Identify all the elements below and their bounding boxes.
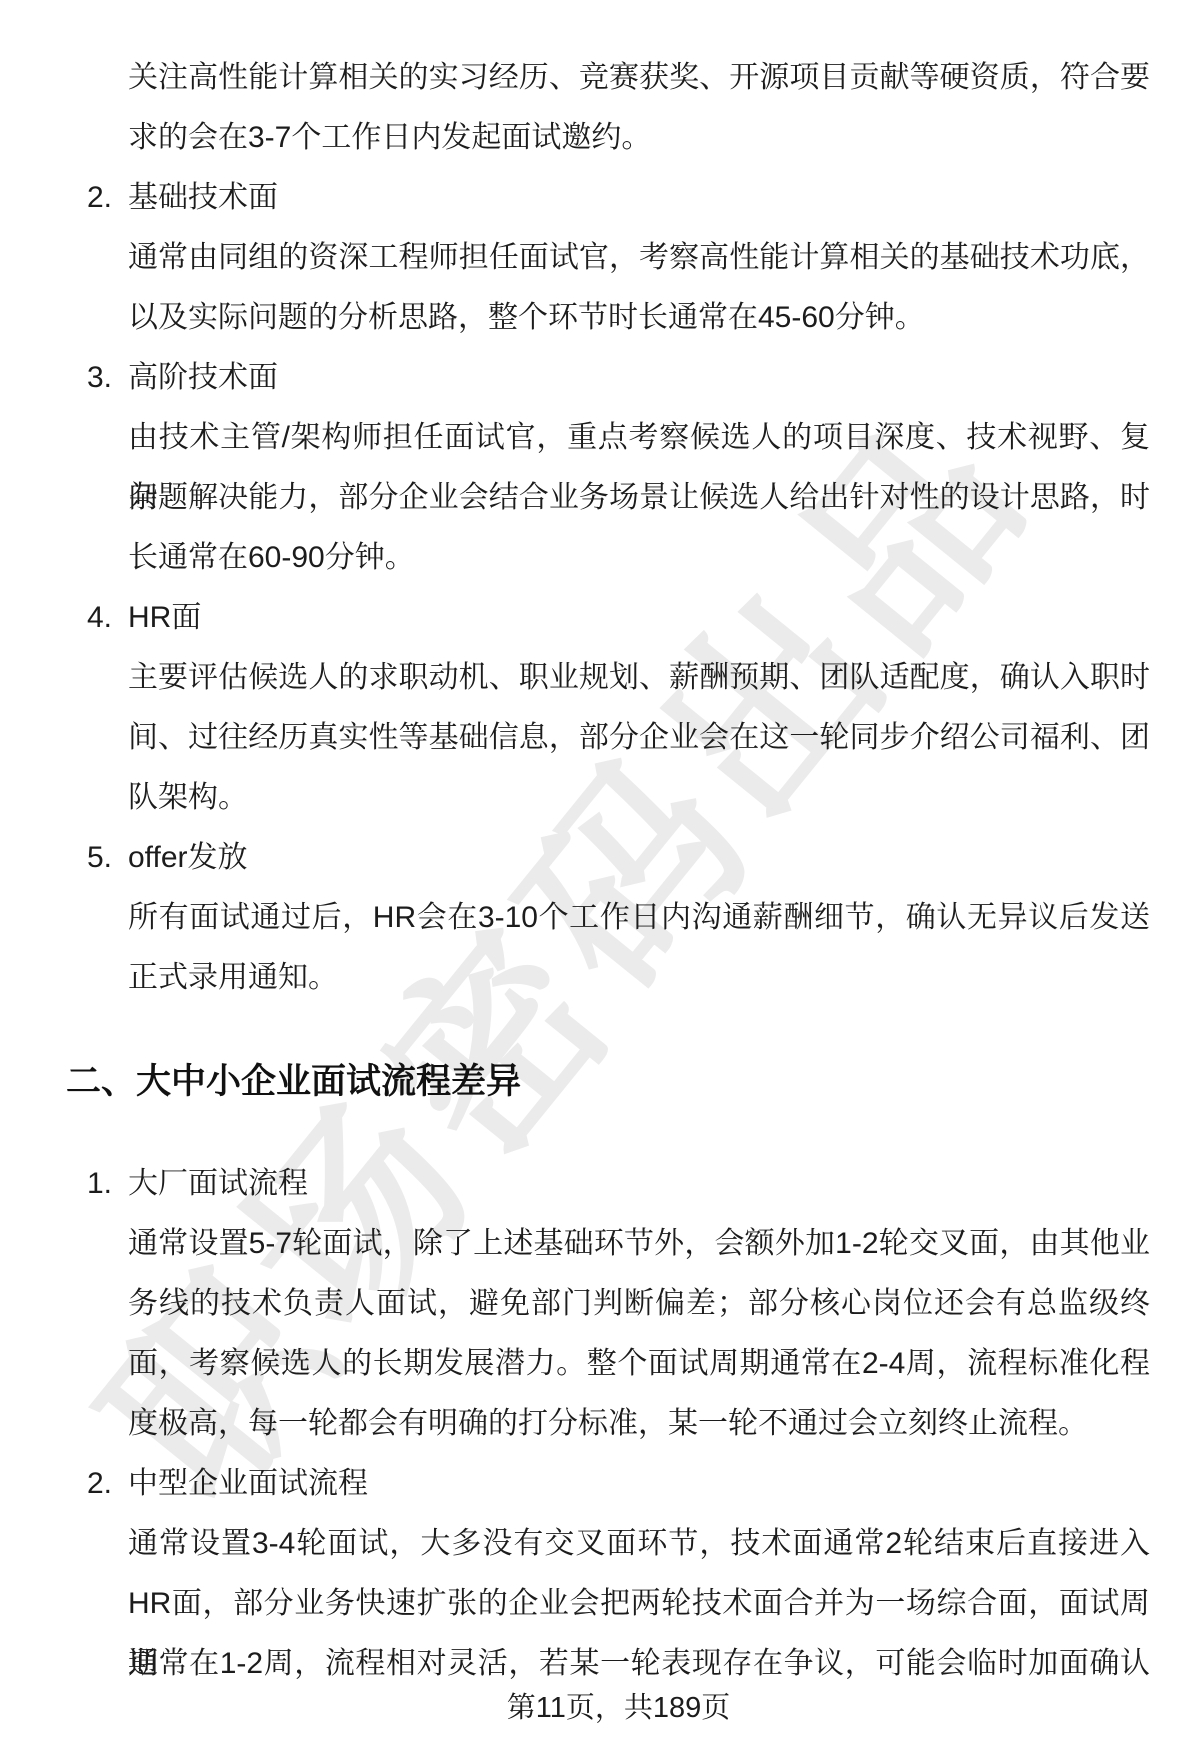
paragraph: 通常设置3-4轮面试，大多没有交叉面环节，技术面通常2轮结束后直接进入HR面，部… bbox=[87, 1514, 1150, 1694]
list-item-number: 1. bbox=[87, 1154, 128, 1214]
list-item: 3.高阶技术面 bbox=[87, 348, 1150, 408]
paragraph-line: 问题解决能力，部分企业会结合业务场景让候选人给出针对性的设计思路，时 bbox=[87, 468, 1150, 528]
paragraph-line: 正式录用通知。 bbox=[87, 948, 1150, 1008]
paragraph-line: 主要评估候选人的求职动机、职业规划、薪酬预期、团队适配度，确认入职时 bbox=[87, 648, 1150, 708]
list-item-label: 大厂面试流程 bbox=[128, 1154, 308, 1214]
page-content: 关注高性能计算相关的实习经历、竞赛获奖、开源项目贡献等硬资质，符合要求的会在3-… bbox=[87, 48, 1150, 1694]
paragraph-line: 务线的技术负责人面试，避免部门判断偏差；部分核心岗位还会有总监级终 bbox=[87, 1274, 1150, 1334]
paragraph: 主要评估候选人的求职动机、职业规划、薪酬预期、团队适配度，确认入职时间、过往经历… bbox=[87, 648, 1150, 828]
list-item: 2.中型企业面试流程 bbox=[87, 1454, 1150, 1514]
paragraph-line: 度极高，每一轮都会有明确的打分标准，某一轮不通过会立刻终止流程。 bbox=[87, 1394, 1150, 1454]
list-item-label: 中型企业面试流程 bbox=[128, 1454, 368, 1514]
list-item-number: 5. bbox=[87, 828, 128, 888]
page-footer: 第11页，共189页 bbox=[87, 1678, 1150, 1738]
list-item-label: offer发放 bbox=[128, 828, 248, 888]
document-page: { "page": { "watermark": "职场密码出品", "foot… bbox=[0, 0, 1200, 1755]
paragraph-line: 通常设置3-4轮面试，大多没有交叉面环节，技术面通常2轮结束后直接进入 bbox=[87, 1514, 1150, 1574]
paragraph-line: 所有面试通过后，HR会在3-10个工作日内沟通薪酬细节，确认无异议后发送 bbox=[87, 888, 1150, 948]
list-item-number: 2. bbox=[87, 168, 128, 228]
paragraph-line: 由技术主管/架构师担任面试官，重点考察候选人的项目深度、技术视野、复杂 bbox=[87, 408, 1150, 468]
paragraph-line: 面，考察候选人的长期发展潜力。整个面试周期通常在2-4周，流程标准化程 bbox=[87, 1334, 1150, 1394]
paragraph: 关注高性能计算相关的实习经历、竞赛获奖、开源项目贡献等硬资质，符合要求的会在3-… bbox=[87, 48, 1150, 168]
list-item-number: 4. bbox=[87, 588, 128, 648]
paragraph-line: HR面，部分业务快速扩张的企业会把两轮技术面合并为一场综合面，面试周期 bbox=[87, 1574, 1150, 1634]
list-item: 4.HR面 bbox=[87, 588, 1150, 648]
paragraph-line: 关注高性能计算相关的实习经历、竞赛获奖、开源项目贡献等硬资质，符合要 bbox=[87, 48, 1150, 108]
list-item: 2.基础技术面 bbox=[87, 168, 1150, 228]
paragraph-line: 长通常在60-90分钟。 bbox=[87, 528, 1150, 588]
paragraph-line: 求的会在3-7个工作日内发起面试邀约。 bbox=[87, 108, 1150, 168]
paragraph-line: 以及实际问题的分析思路，整个环节时长通常在45-60分钟。 bbox=[87, 288, 1150, 348]
paragraph: 所有面试通过后，HR会在3-10个工作日内沟通薪酬细节，确认无异议后发送正式录用… bbox=[87, 888, 1150, 1008]
paragraph-line: 间、过往经历真实性等基础信息，部分企业会在这一轮同步介绍公司福利、团 bbox=[87, 708, 1150, 768]
list-item-label: 高阶技术面 bbox=[128, 348, 278, 408]
list-item-label: 基础技术面 bbox=[128, 168, 278, 228]
paragraph-line: 队架构。 bbox=[87, 768, 1150, 828]
list-item-number: 2. bbox=[87, 1454, 128, 1514]
paragraph: 通常由同组的资深工程师担任面试官，考察高性能计算相关的基础技术功底，以及实际问题… bbox=[87, 228, 1150, 348]
paragraph-line: 通常由同组的资深工程师担任面试官，考察高性能计算相关的基础技术功底， bbox=[87, 228, 1150, 288]
paragraph: 由技术主管/架构师担任面试官，重点考察候选人的项目深度、技术视野、复杂问题解决能… bbox=[87, 408, 1150, 588]
paragraph-line: 通常设置5-7轮面试，除了上述基础环节外，会额外加1-2轮交叉面，由其他业 bbox=[87, 1214, 1150, 1274]
list-item: 5.offer发放 bbox=[87, 828, 1150, 888]
section-heading: 二、大中小企业面试流程差异 bbox=[66, 1052, 1150, 1112]
list-item: 1.大厂面试流程 bbox=[87, 1154, 1150, 1214]
list-item-label: HR面 bbox=[128, 588, 201, 648]
paragraph: 通常设置5-7轮面试，除了上述基础环节外，会额外加1-2轮交叉面，由其他业务线的… bbox=[87, 1214, 1150, 1454]
list-item-number: 3. bbox=[87, 348, 128, 408]
